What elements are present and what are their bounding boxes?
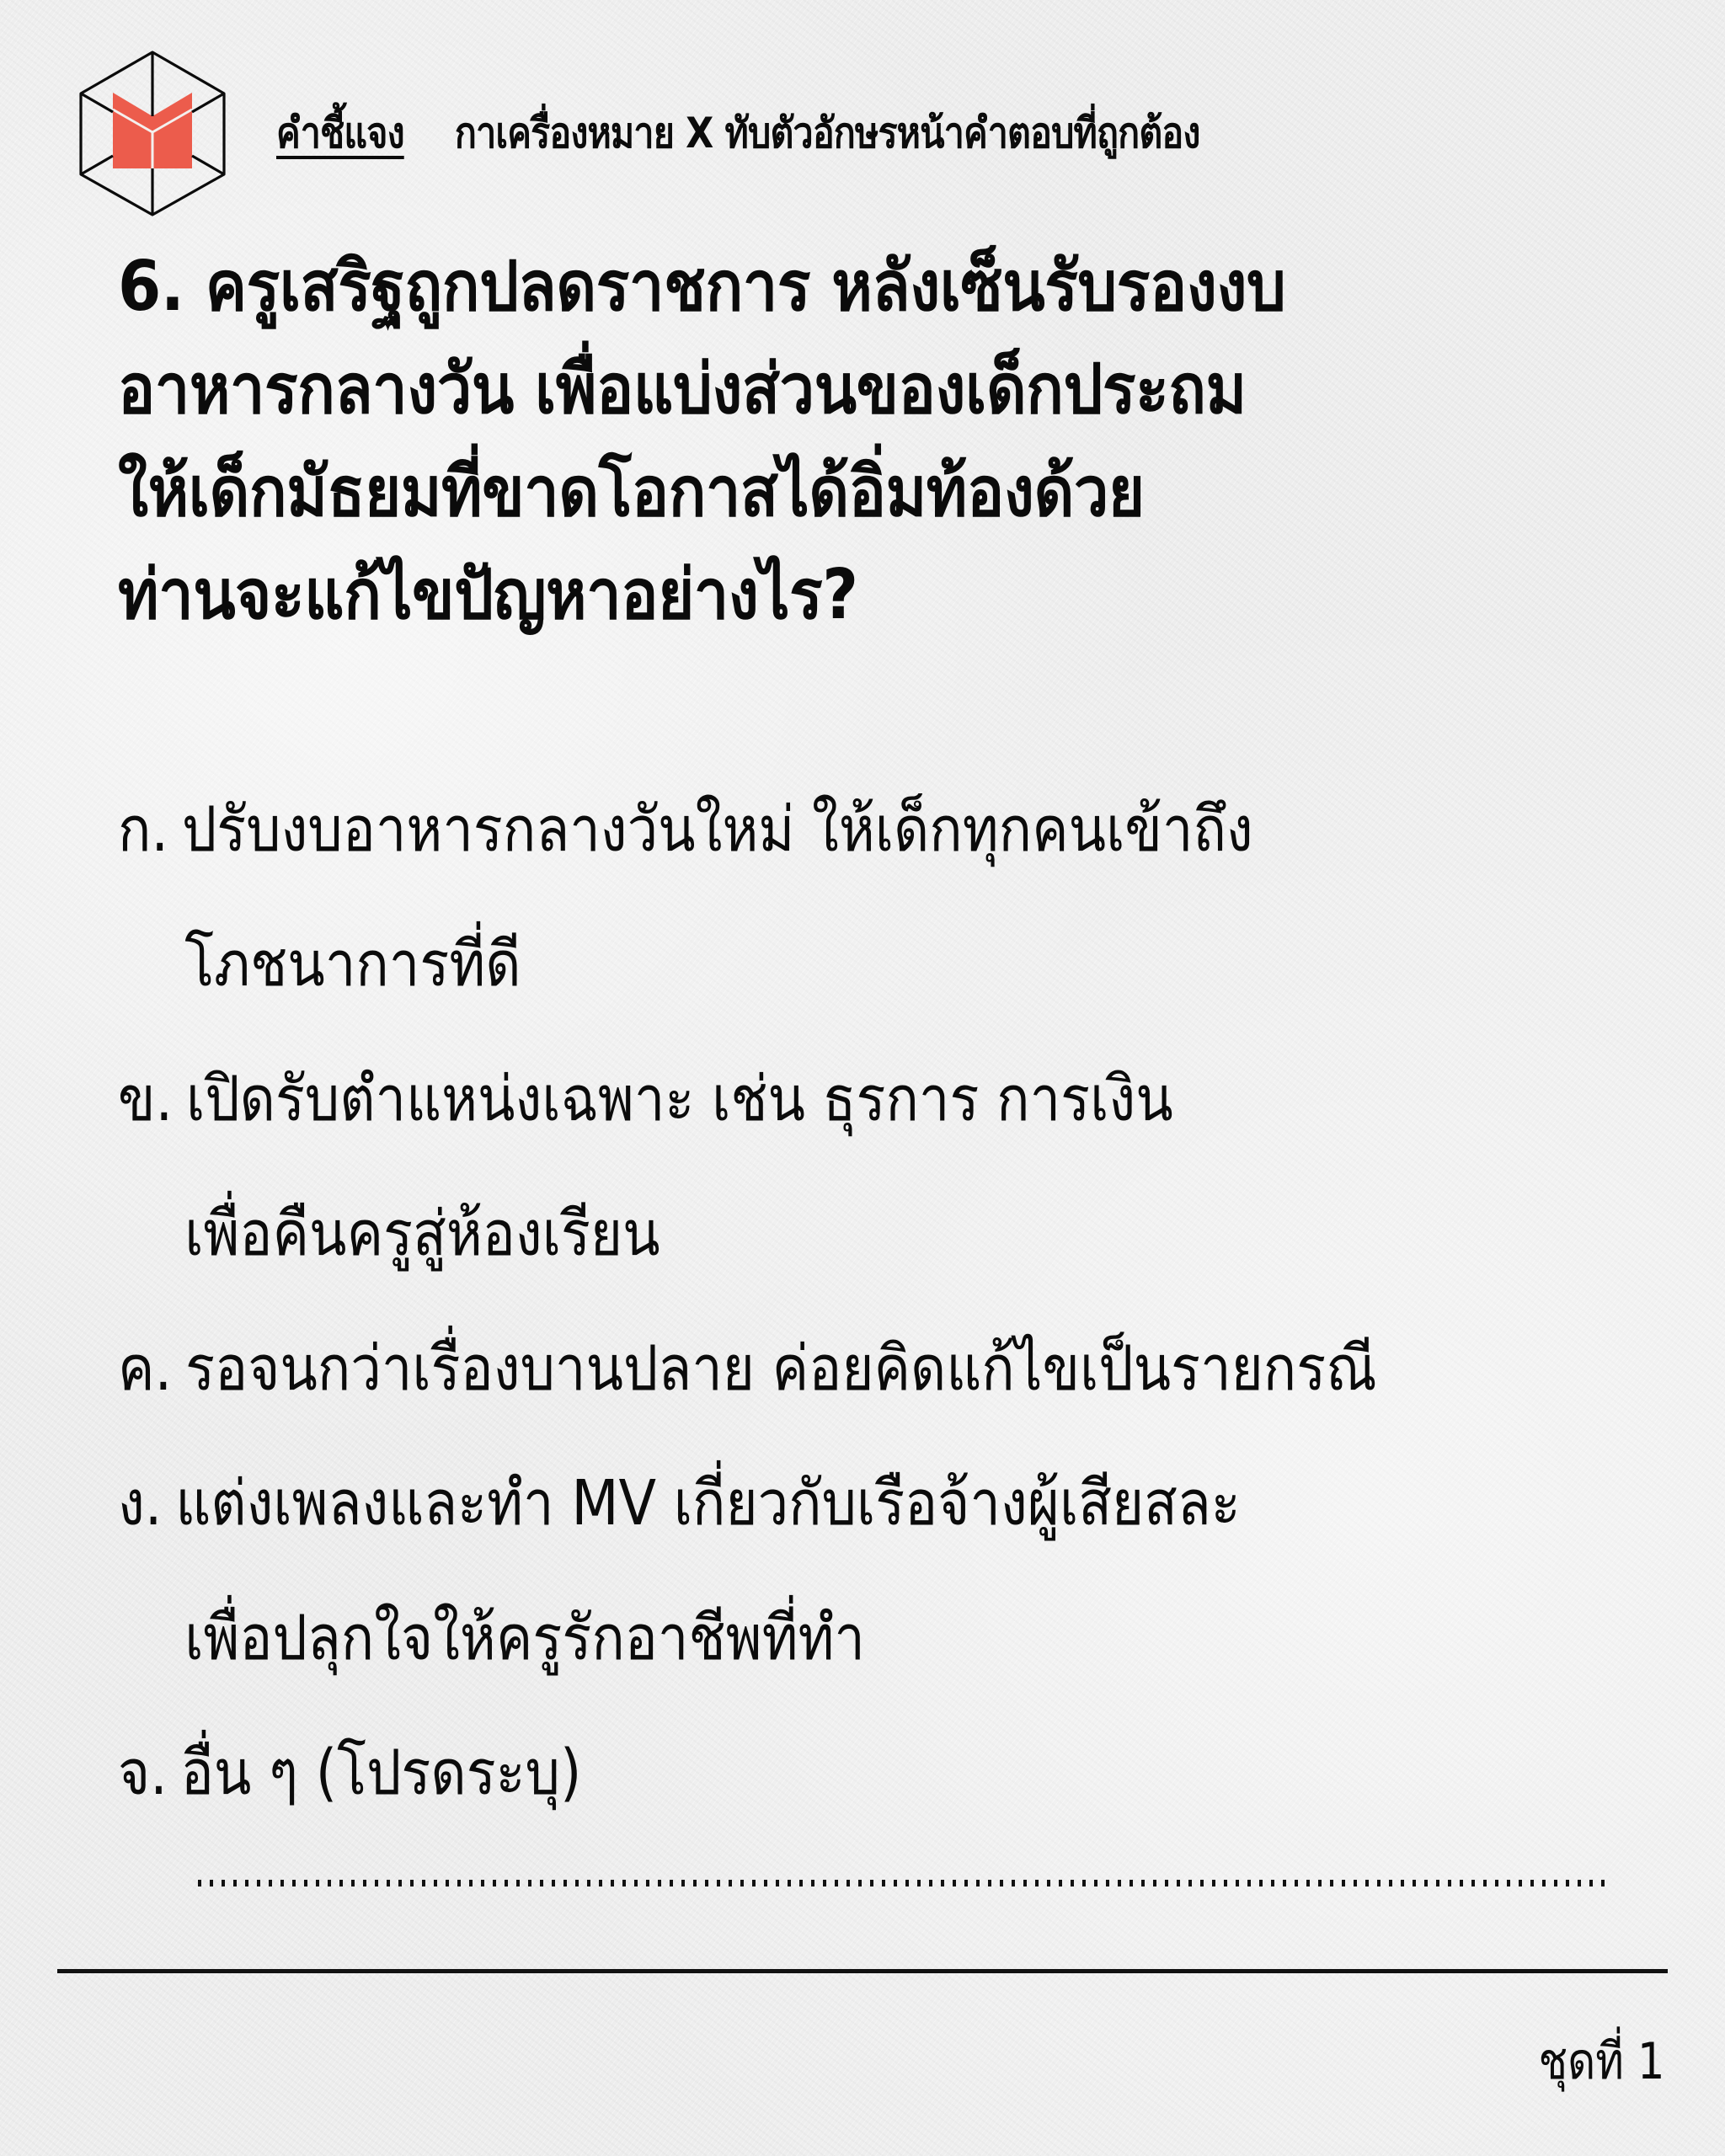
option-letter: ง.	[118, 1436, 162, 1571]
question-line: 6. ครูเสริฐถูกปลดราชการ หลังเซ็นรับรองงบ	[118, 236, 1482, 339]
option-text: ปรับงบอาหารกลางวันใหม่ ให้เด็กทุกคนเข้าถ…	[182, 793, 1253, 866]
question-line: อาหารกลางวัน เพื่อแบ่งส่วนของเด็กประถม	[118, 339, 1482, 441]
instruction-text: กาเครื่องหมาย X ทับตัวอักษรหน้าคำตอบที่ถ…	[455, 109, 1200, 157]
option-text: รอจนกว่าเรื่องบานปลาย ค่อยคิดแก้ไขเป็นรา…	[185, 1332, 1377, 1405]
answer-options: ก.ปรับงบอาหารกลางวันใหม่ ให้เด็กทุกคนเข้…	[118, 762, 1634, 1840]
question-line: ให้เด็กมัธยมที่ขาดโอกาสได้อิ่มท้องด้วย	[118, 441, 1482, 544]
option-e[interactable]: จ.อื่น ๆ (โปรดระบุ)	[118, 1705, 1634, 1840]
option-text-continued: เพื่อคืนครูสู่ห้องเรียน	[118, 1166, 1452, 1301]
option-b[interactable]: ข.เปิดรับตำแหน่งเฉพาะ เช่น ธุรการ การเงิ…	[118, 1032, 1634, 1301]
option-text: แต่งเพลงและทำ MV เกี่ยวกับเรือจ้างผู้เสี…	[175, 1467, 1240, 1540]
question-line: ท่านจะแก้ไขปัญหาอย่างไร?	[118, 544, 1482, 647]
option-letter: จ.	[118, 1705, 168, 1840]
question-heading: 6. ครูเสริฐถูกปลดราชการ หลังเซ็นรับรองงบ…	[118, 236, 1634, 647]
option-text-continued: เพื่อปลุกใจให้ครูรักอาชีพที่ทำ	[118, 1571, 1452, 1705]
footer-divider	[57, 1969, 1668, 1973]
option-letter: ก.	[118, 762, 168, 897]
option-c[interactable]: ค.รอจนกว่าเรื่องบานปลาย ค่อยคิดแก้ไขเป็น…	[118, 1301, 1634, 1436]
option-text-continued: โภชนาการที่ดี	[118, 897, 1452, 1032]
instruction-line: คำชี้แจงกาเครื่องหมาย X ทับตัวอักษรหน้าค…	[276, 108, 1200, 158]
other-answer-blank-line[interactable]	[198, 1880, 1609, 1886]
hexagon-cube-book-logo-icon	[77, 49, 227, 217]
option-text: อื่น ๆ (โปรดระบุ)	[181, 1737, 582, 1809]
option-d[interactable]: ง.แต่งเพลงและทำ MV เกี่ยวกับเรือจ้างผู้เ…	[118, 1436, 1634, 1705]
option-a[interactable]: ก.ปรับงบอาหารกลางวันใหม่ ให้เด็กทุกคนเข้…	[118, 762, 1634, 1032]
option-letter: ค.	[118, 1301, 172, 1436]
set-number-label: ชุดที่ 1	[1538, 2021, 1664, 2101]
option-letter: ข.	[118, 1032, 173, 1166]
option-text: เปิดรับตำแหน่งเฉพาะ เช่น ธุรการ การเงิน	[186, 1063, 1173, 1135]
instruction-label: คำชี้แจง	[276, 109, 404, 157]
